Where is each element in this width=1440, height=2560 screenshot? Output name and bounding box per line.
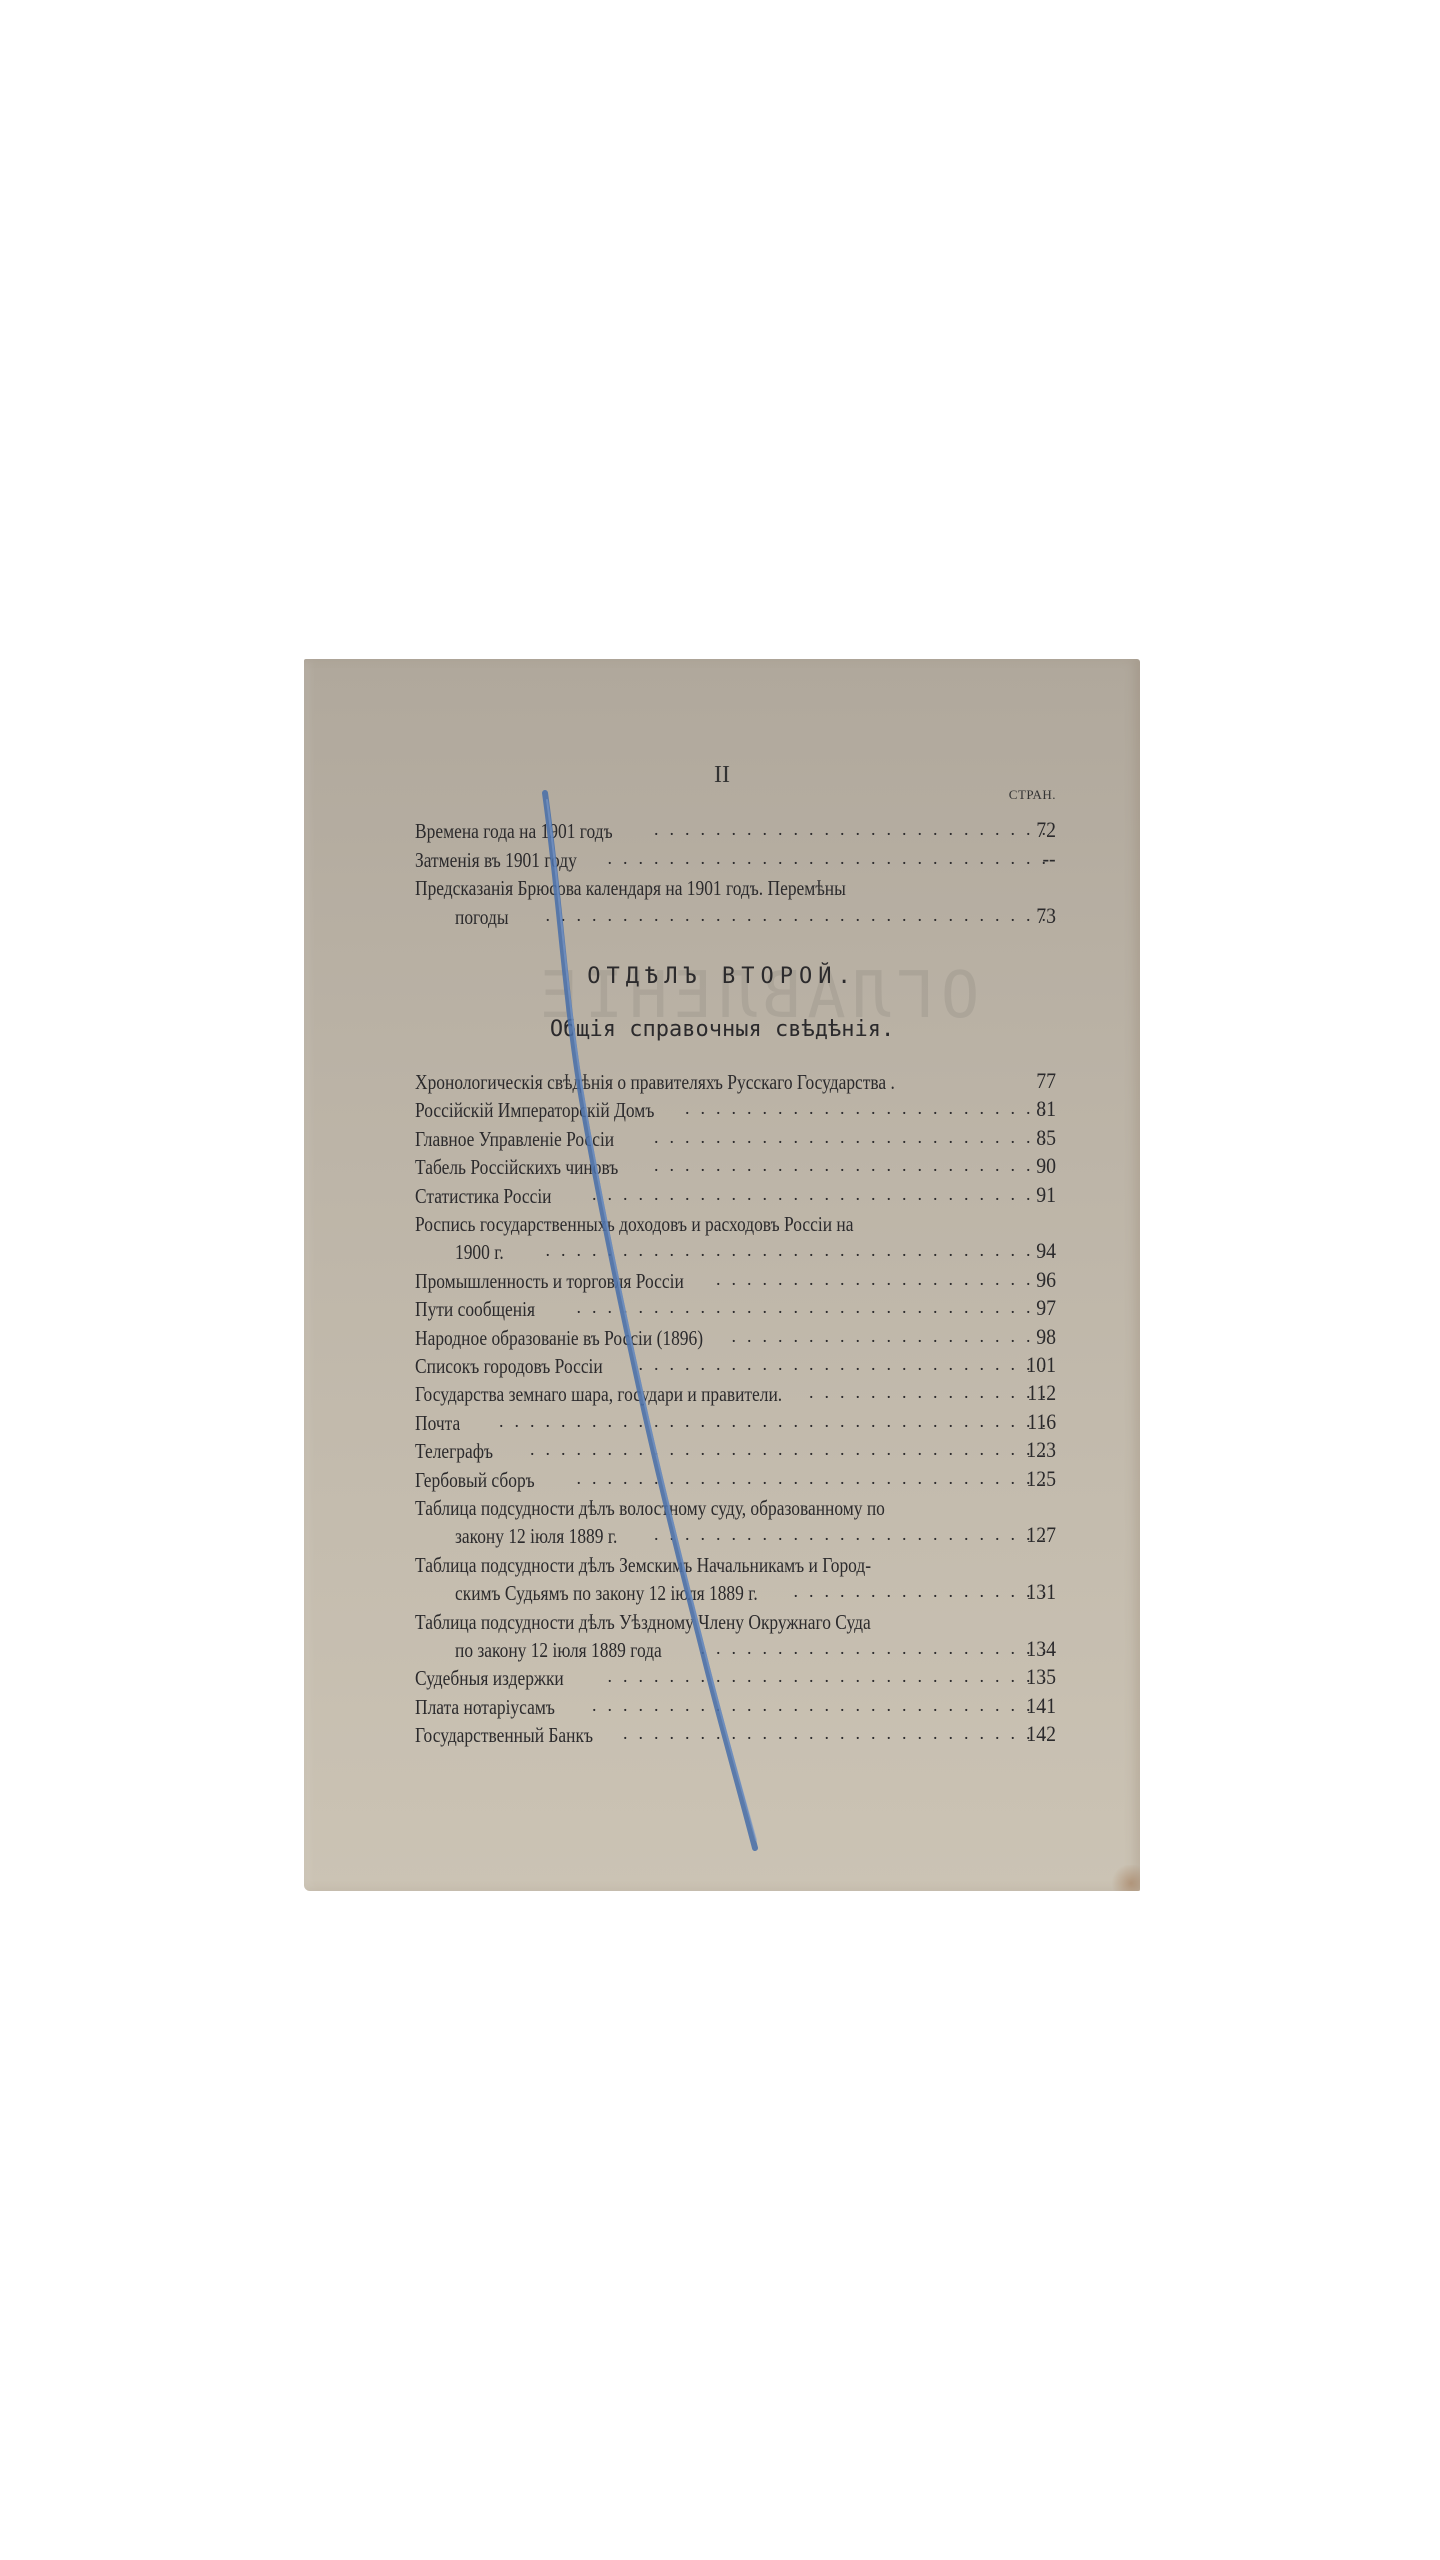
toc-entry-title: погоды	[455, 905, 509, 930]
toc-page-number: --	[1043, 846, 1056, 872]
toc-entry-title: Хронологическія свѣдѣнія о правителяхъ Р…	[415, 1070, 895, 1095]
toc-entry-title: Таблица подсудности дѣлъ Уѣздному Члену …	[415, 1610, 871, 1635]
leader-dots: ..................................	[530, 1439, 1057, 1460]
leader-dots: ...............................	[577, 1468, 1058, 1489]
leader-dots: ......................	[716, 1269, 1057, 1290]
toc-page-number: 77	[1036, 1068, 1056, 1094]
toc-entry-title: Предсказанія Брюсова календаря на 1901 г…	[415, 876, 846, 901]
scanned-page: ОГЛАВЛЕНІЕ II СТРАН. Времена года на 190…	[304, 659, 1140, 1891]
page-column-header: СТРАН.	[1009, 787, 1056, 803]
toc-entry: Государства земнаго шара, государи и пра…	[415, 1382, 1057, 1410]
toc-entry: Россійскій Императорскій Домъ...........…	[415, 1098, 1057, 1126]
leader-dots: .............................	[608, 1666, 1058, 1687]
toc-page-number: 81	[1036, 1096, 1056, 1122]
toc-page-number: 101	[1026, 1352, 1056, 1378]
toc-entry-title: Почта	[415, 1411, 460, 1436]
toc-entry: Таблица подсудности дѣлъ волостному суду…	[415, 1496, 1057, 1524]
toc-entry: Таблица подсудности дѣлъ Уѣздному Члену …	[415, 1610, 1057, 1638]
toc-page-number: 91	[1036, 1182, 1056, 1208]
toc-page-number: 97	[1036, 1295, 1056, 1321]
toc-entry: Почта...................................…	[415, 1411, 1057, 1439]
toc-page-number: 142	[1026, 1721, 1056, 1747]
leader-dots: .....................	[732, 1326, 1058, 1347]
toc-entry-title: Гербовый сборъ	[415, 1468, 535, 1493]
toc-entry: Главное Управленіе Россіи...............…	[415, 1127, 1057, 1155]
toc-page-number: 94	[1036, 1238, 1056, 1264]
toc-entry: закону 12 іюля 1889 г...................…	[415, 1524, 1057, 1552]
toc-entry: Промышленность и торговля Россіи........…	[415, 1269, 1057, 1297]
leader-dots: ............................	[623, 1723, 1057, 1744]
toc-entry-title: Таблица подсудности дѣлъ волостному суду…	[415, 1496, 885, 1521]
toc-entry-title: Пути сообщенія	[415, 1297, 535, 1322]
toc-page-number: 90	[1036, 1153, 1056, 1179]
toc-entry-title: Телеграфъ	[415, 1439, 493, 1464]
toc-entry-title: Промышленность и торговля Россіи	[415, 1269, 684, 1294]
toc-entry-title: Затменія въ 1901 году	[415, 848, 577, 873]
toc-entry-title: Россійскій Императорскій Домъ	[415, 1098, 654, 1123]
toc-entry: погоды.................................	[415, 905, 1057, 933]
toc-page-number: 72	[1036, 817, 1056, 843]
toc-entry: Плата нотаріусамъ.......................…	[415, 1695, 1057, 1723]
toc-page-number: 116	[1027, 1409, 1056, 1435]
toc-page-number: 135	[1026, 1664, 1056, 1690]
toc-page-number: 141	[1026, 1693, 1056, 1719]
toc-entry: Списокъ городовъ Россіи.................…	[415, 1354, 1057, 1382]
toc-entry-title: 1900 г.	[455, 1240, 504, 1265]
toc-entry: Хронологическія свѣдѣнія о правителяхъ Р…	[415, 1070, 1057, 1098]
section-title: ОТДѢЛЪ ВТОРОЙ.	[304, 964, 1140, 989]
toc-entry: Пути сообщенія..........................…	[415, 1297, 1057, 1325]
leader-dots: ....................................	[499, 1411, 1057, 1432]
toc-entry-title: Государственный Банкъ	[415, 1723, 593, 1748]
toc-entry-title: Плата нотаріусамъ	[415, 1695, 555, 1720]
toc-entry: Табель Россійскихъ чиновъ...............…	[415, 1155, 1057, 1183]
toc-entry-title: Табель Россійскихъ чиновъ	[415, 1155, 618, 1180]
leader-dots: ..........................	[654, 1524, 1057, 1545]
toc-entry-title: Таблица подсудности дѣлъ Земскимъ Началь…	[415, 1553, 871, 1578]
toc-entry: Предсказанія Брюсова календаря на 1901 г…	[415, 876, 1057, 904]
toc-page-number: 98	[1036, 1324, 1056, 1350]
leader-dots: ................	[809, 1382, 1057, 1403]
toc-entry: Времена года на 1901 годъ...............…	[415, 819, 1057, 847]
toc-entry-title: Судебныя издержки	[415, 1666, 564, 1691]
toc-page-number: 125	[1026, 1466, 1056, 1492]
leader-dots: ..........................	[654, 819, 1057, 840]
leader-dots: .............................	[608, 848, 1058, 869]
toc-entry: Затменія въ 1901 году...................…	[415, 848, 1057, 876]
section-subtitle: Общія справочныя свѣдѣнія.	[304, 1017, 1140, 1042]
leader-dots: .................................	[546, 905, 1058, 926]
leader-dots: ...............................	[577, 1297, 1058, 1318]
toc-page-number: 112	[1027, 1380, 1056, 1406]
toc-entry: 1900 г..................................	[415, 1240, 1057, 1268]
toc-entry-title: скимъ Судьямъ по закону 12 іюля 1889 г.	[455, 1581, 758, 1606]
toc-entry-title: Главное Управленіе Россіи	[415, 1127, 614, 1152]
toc-entry-title: Государства земнаго шара, государи и пра…	[415, 1382, 782, 1407]
toc-entry: Гербовый сборъ..........................…	[415, 1468, 1057, 1496]
toc-entry: Народное образованіе въ Россіи (1896)...…	[415, 1326, 1057, 1354]
toc-entry: по закону 12 іюля 1889 года.............…	[415, 1638, 1057, 1666]
toc-entry: скимъ Судьямъ по закону 12 іюля 1889 г..…	[415, 1581, 1057, 1609]
toc-page-number: 134	[1026, 1636, 1056, 1662]
toc-entry: Телеграфъ...............................…	[415, 1439, 1057, 1467]
leader-dots: ........................	[685, 1098, 1057, 1119]
toc-entry-title: Народное образованіе въ Россіи (1896)	[415, 1326, 703, 1351]
leader-dots: .................................	[546, 1240, 1058, 1261]
toc-page-number: 123	[1026, 1437, 1056, 1463]
toc-entry-title: Списокъ городовъ Россіи	[415, 1354, 603, 1379]
toc-entry: Таблица подсудности дѣлъ Земскимъ Началь…	[415, 1553, 1057, 1581]
leader-dots: .......................	[701, 1638, 1058, 1659]
toc-entry: Роспись государственныхъ доходовъ и расх…	[415, 1212, 1057, 1240]
toc-page-number: 96	[1036, 1267, 1056, 1293]
leader-dots: .................	[794, 1581, 1058, 1602]
page-number: II	[304, 762, 1140, 789]
leader-dots: ..........................	[654, 1155, 1057, 1176]
toc-entry: Статистика Россіи.......................…	[415, 1184, 1057, 1212]
toc-entry-title: Роспись государственныхъ доходовъ и расх…	[415, 1212, 853, 1237]
toc-entry: Государственный Банкъ...................…	[415, 1723, 1057, 1751]
toc-entry-title: Времена года на 1901 годъ	[415, 819, 613, 844]
toc-entry-title: закону 12 іюля 1889 г.	[455, 1524, 617, 1549]
toc-entry-title: по закону 12 іюля 1889 года	[455, 1638, 662, 1663]
leader-dots: ..........................	[654, 1127, 1057, 1148]
toc-page-number: 73	[1036, 903, 1056, 929]
toc-entry: Судебныя издержки.......................…	[415, 1666, 1057, 1694]
toc-page-number: 127	[1026, 1522, 1056, 1548]
leader-dots: ..............................	[592, 1695, 1057, 1716]
toc-page-number: 131	[1026, 1579, 1056, 1605]
toc-entry-title: Статистика Россіи	[415, 1184, 551, 1209]
leader-dots: ..............................	[592, 1184, 1057, 1205]
leader-dots: ...........................	[639, 1354, 1058, 1375]
toc-page-number: 85	[1036, 1125, 1056, 1151]
